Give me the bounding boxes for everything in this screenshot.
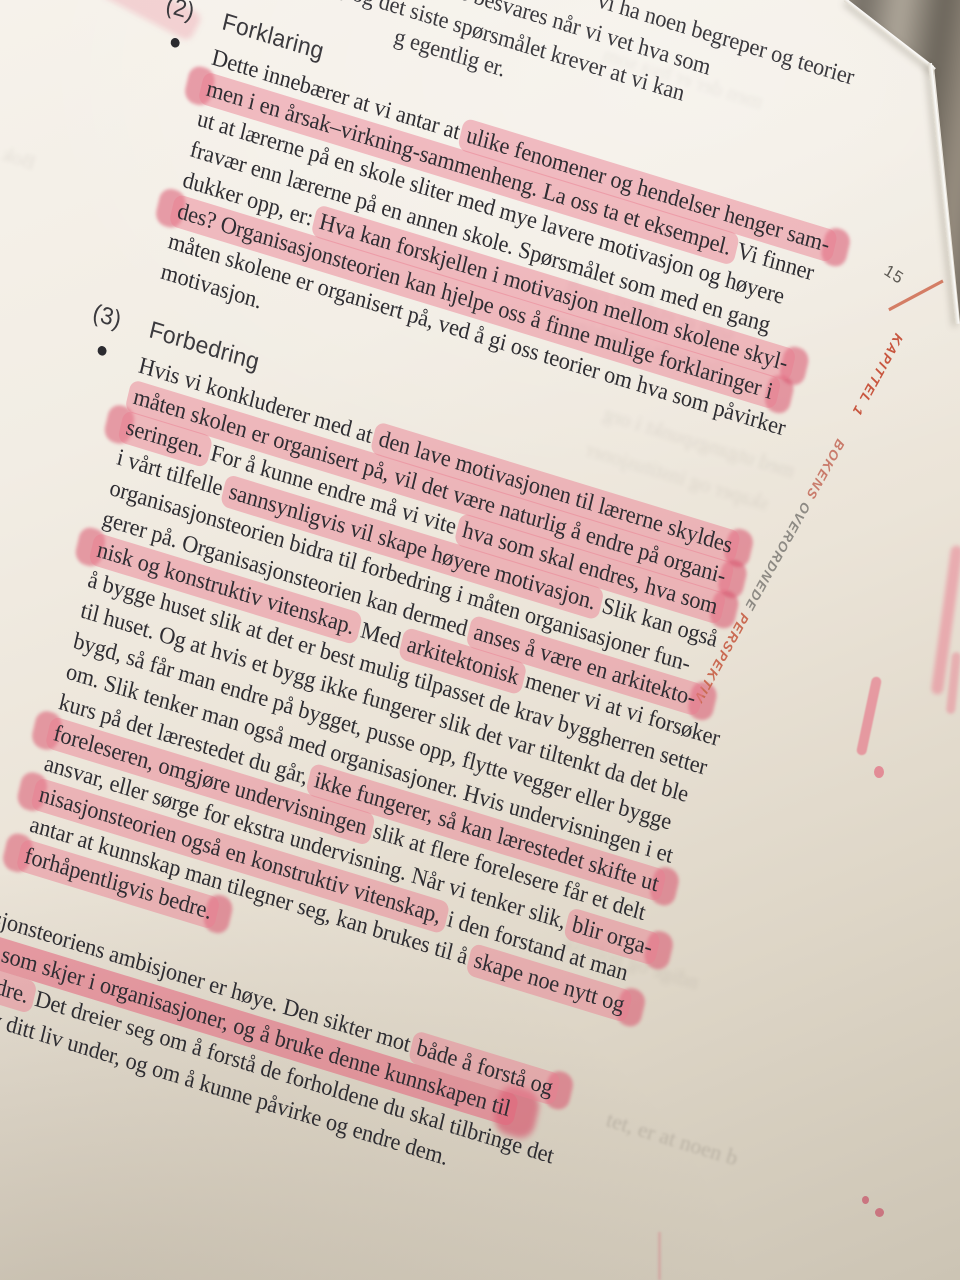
caption-title-overordnede: OVERORDNEDE [739,499,813,619]
caption-gap [844,419,853,435]
caption-chapter: KAPITTEL 1 [849,331,906,420]
bullet-marker [170,37,181,49]
page-number: 15 [881,262,907,289]
margin-exclamation-mark [856,676,882,756]
pink-dot [862,1196,869,1204]
section-number: (3) [90,298,124,334]
pink-thread-mark [658,1232,661,1280]
show-through-text: Bok [0,144,38,176]
book-page-photo: { "page_number": "15", "margin_caption":… [0,0,960,1280]
margin-exclamation-dot [874,766,884,778]
caption-title-bokens: BOKENS [803,436,848,503]
bullet-marker [97,345,108,357]
show-through-text: tet, er at noen b [603,1107,741,1172]
highlighter-streak [946,652,960,715]
pink-dot [875,1208,884,1217]
